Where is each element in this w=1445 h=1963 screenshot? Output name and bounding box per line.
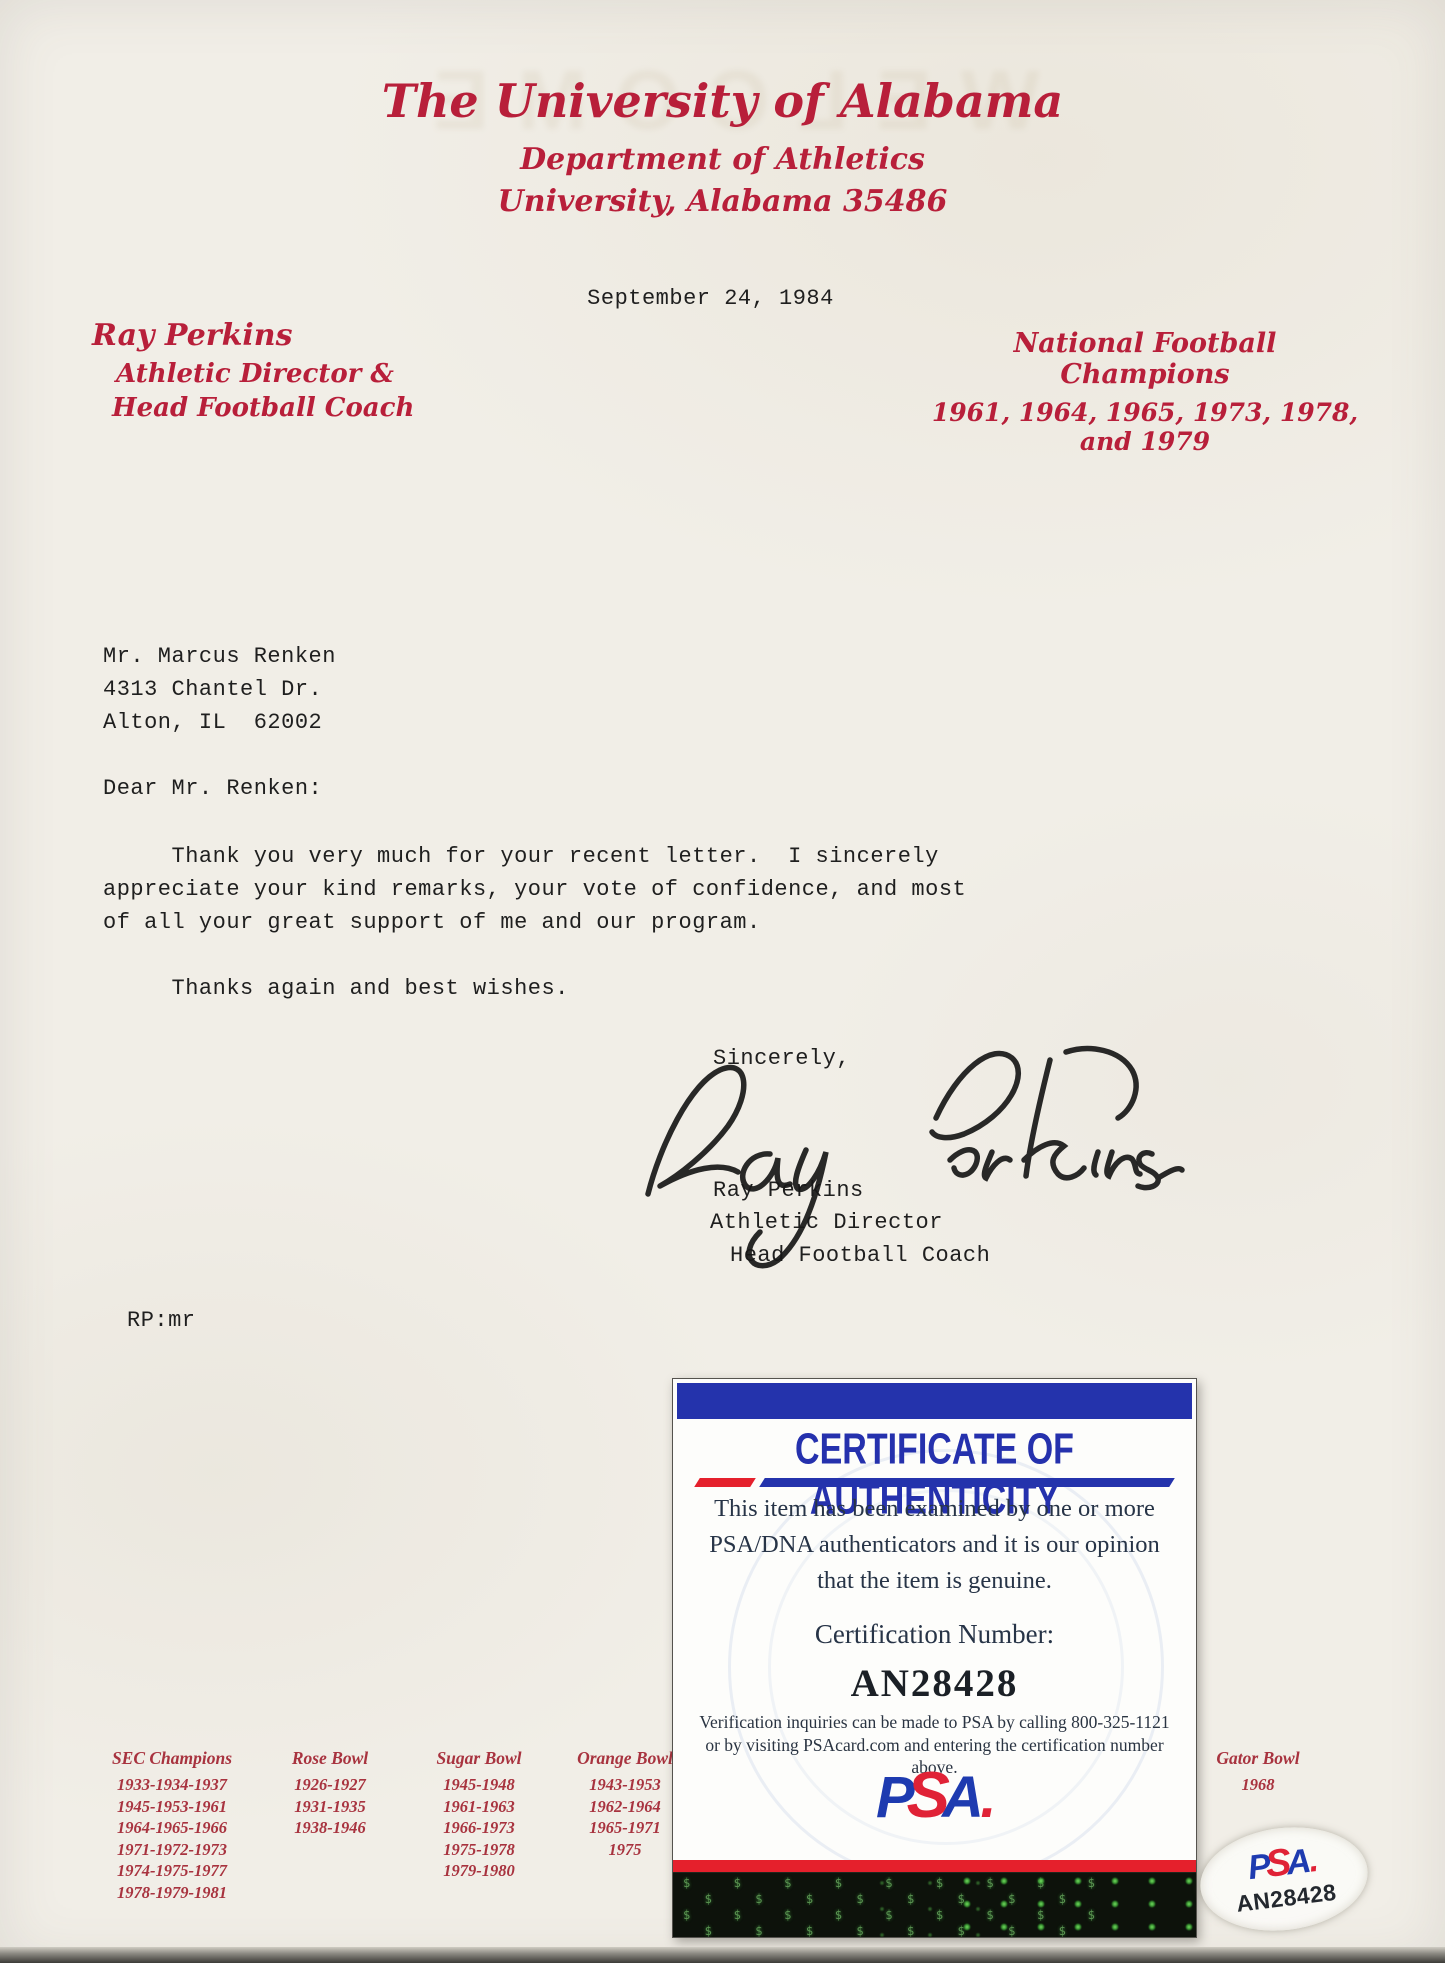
psa-logo-dot: . [980, 1765, 993, 1830]
footer-col-sec-champions: SEC Champions 1933-1934-1937 1945-1953-1… [92, 1748, 252, 1903]
coa-cert-number: AN28428 [673, 1661, 1196, 1706]
hologram-glow-dots-secondary [872, 1873, 987, 1937]
letterhead-coach-name: Ray Perkins [92, 318, 414, 353]
coa-divider-red-segment [694, 1478, 756, 1487]
coa-hologram-strip: $ $ $ $ $ $ $ $ $ $ $ $ $ $ $ $ $ $ $ $ … [673, 1872, 1196, 1937]
letterhead-coach-title-1: Athletic Director & [116, 359, 414, 389]
signature [620, 1026, 1190, 1276]
footer-col-years: 1968 [1178, 1774, 1338, 1796]
body-paragraph-1: Thank you very much for your recent lett… [103, 840, 1103, 939]
coa-divider-rule [697, 1477, 1172, 1487]
psa-logo-s: S [1263, 1841, 1291, 1886]
footer-col-years: 1926-1927 1931-1935 1938-1946 [255, 1774, 405, 1839]
letterhead-champions-label: National Football Champions [930, 328, 1360, 390]
footer-col-sugar-bowl: Sugar Bowl 1945-1948 1961-1963 1966-1973… [400, 1748, 558, 1882]
psa-logo-p: P [876, 1765, 911, 1830]
salutation: Dear Mr. Renken: [103, 772, 322, 805]
psa-logo: PSA. [673, 1757, 1196, 1832]
footer-col-rose-bowl: Rose Bowl 1926-1927 1931-1935 1938-1946 [255, 1748, 405, 1839]
letterhead-school: The University of Alabama [0, 74, 1445, 128]
letter-page: WELCOME The University of Alabama Depart… [0, 0, 1445, 1963]
letterhead-address: University, Alabama 35486 [0, 184, 1445, 219]
letterhead-coach-title-2: Head Football Coach [112, 393, 414, 423]
letterhead-left-block: Ray Perkins Athletic Director & Head Foo… [92, 318, 414, 423]
hologram-glow-dots [955, 1873, 1196, 1937]
page-bottom-edge [0, 1947, 1445, 1963]
psa-logo-a: A [942, 1765, 980, 1830]
letterhead-right-block: National Football Champions 1961, 1964, … [930, 328, 1360, 456]
reference-initials: RP:mr [127, 1304, 196, 1337]
recipient-address: Mr. Marcus Renken 4313 Chantel Dr. Alton… [103, 640, 336, 739]
footer-col-years: 1933-1934-1937 1945-1953-1961 1964-1965-… [92, 1774, 252, 1903]
psa-oval-sticker: PSA. AN28428 [1194, 1818, 1373, 1940]
footer-col-years: 1945-1948 1961-1963 1966-1973 1975-1978 … [400, 1774, 558, 1882]
footer-col-title: Gator Bowl [1178, 1748, 1338, 1769]
letter-date: September 24, 1984 [0, 282, 1421, 315]
coa-header-bar [677, 1383, 1192, 1419]
coa-cert-number-label: Certification Number: [673, 1619, 1196, 1650]
coa-statement: This item has been examined by one or mo… [689, 1491, 1180, 1599]
footer-col-title: SEC Champions [92, 1748, 252, 1769]
letterhead-champions-years: 1961, 1964, 1965, 1973, 1978, and 1979 [930, 398, 1360, 456]
body-paragraph-2: Thanks again and best wishes. [103, 972, 1003, 1005]
coa-red-bar [673, 1860, 1196, 1872]
psa-logo-s: S [907, 1758, 947, 1831]
coa-divider-blue-segment [759, 1478, 1175, 1487]
psa-certificate-card: CERTIFICATE OF AUTHENTICITY This item ha… [672, 1378, 1197, 1938]
footer-col-gator-bowl: Gator Bowl 1968 [1178, 1748, 1338, 1796]
footer-col-title: Rose Bowl [255, 1748, 405, 1769]
footer-col-title: Sugar Bowl [400, 1748, 558, 1769]
letterhead-department: Department of Athletics [0, 142, 1445, 177]
